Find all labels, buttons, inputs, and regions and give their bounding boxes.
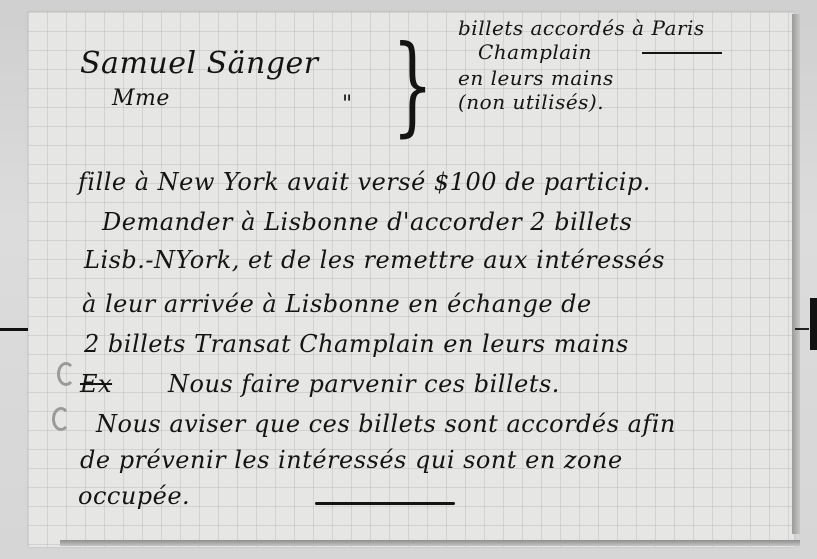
body-line-2: Demander à Lisbonne d'accorder 2 billets — [102, 208, 632, 236]
closing-underline — [315, 502, 455, 505]
name-samuel-sanger: Samuel Sänger — [80, 46, 319, 81]
body-line-3: Lisb.-NYork, et de les remettre aux inté… — [84, 246, 665, 274]
side-note-line-1: billets accordés à Paris — [458, 16, 705, 40]
right-edge-mark — [810, 298, 817, 350]
body-line-1: fille à New York avait versé $100 de par… — [78, 168, 651, 196]
ditto-mark: " — [342, 92, 353, 117]
side-note-line-3: en leurs mains — [458, 66, 614, 90]
punch-hole-mark — [52, 407, 70, 431]
body-line-7: Nous aviser que ces billets sont accordé… — [96, 410, 676, 438]
struck-out-word: Ex — [80, 370, 112, 398]
side-note-line-2: Champlain — [478, 40, 592, 64]
mme-title: Mme — [112, 86, 170, 111]
punch-hole-mark — [57, 362, 75, 386]
right-edge-tick — [795, 328, 809, 330]
body-line-4: à leur arrivée à Lisbonne en échange de — [82, 290, 592, 318]
body-line-6: Nous faire parvenir ces billets. — [168, 370, 560, 398]
body-line-8: de prévenir les intéressés qui sont en z… — [80, 446, 623, 474]
curly-brace: } — [392, 32, 433, 140]
champlain-underline — [642, 52, 722, 54]
side-note-line-4: (non utilisés). — [458, 90, 604, 114]
left-edge-mark — [0, 328, 28, 331]
body-line-5: 2 billets Transat Champlain en leurs mai… — [84, 330, 629, 358]
sheet-bottom-edge-shadow — [60, 540, 800, 546]
body-line-9: occupée. — [78, 482, 190, 510]
sheet-right-edge-shadow — [792, 14, 800, 534]
